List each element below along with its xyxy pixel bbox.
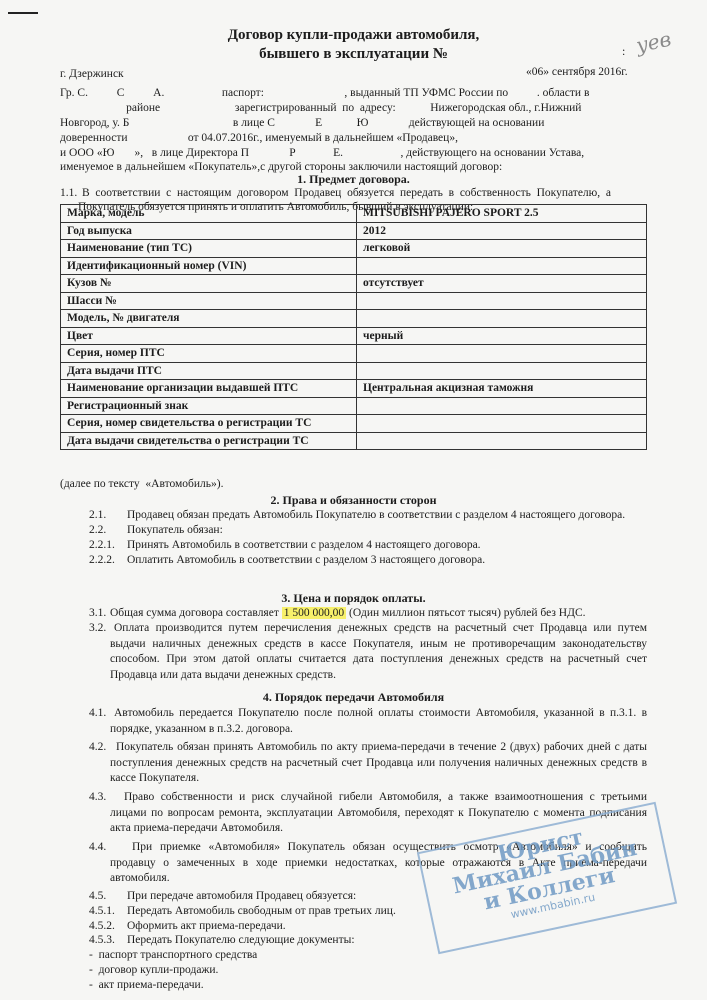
contract-date: «06» сентября 2016г.	[526, 66, 628, 78]
table-row: Дата выдачи ПТС	[61, 362, 647, 380]
table-value: 2012	[357, 222, 647, 240]
item-number: 2.2.1.	[89, 538, 115, 553]
table-key: Наименование (тип ТС)	[61, 240, 357, 258]
item-4-2-num: 4.2.	[89, 740, 106, 755]
section-4-title: 4. Порядок передачи Автомобиля	[0, 690, 707, 705]
table-row: Модель, № двигателя	[61, 310, 647, 328]
item-number: 2.2.	[89, 523, 106, 538]
table-key: Наименование организации выдавшей ПТС	[61, 380, 357, 398]
table-row: Шасси №	[61, 292, 647, 310]
item-3-2-num: 3.2.	[89, 621, 106, 636]
item-3-1-num: 3.1.	[89, 606, 106, 621]
table-row: Марка, модельMITSUBISHI PAJERO SPORT 2.5	[61, 205, 647, 223]
item-4-1-num: 4.1.	[89, 706, 106, 721]
table-value	[357, 397, 647, 415]
section-1-title: 1. Предмет договора.	[0, 172, 707, 187]
table-value	[357, 292, 647, 310]
item-3-1: Общая сумма договора составляет 1 500 00…	[110, 606, 586, 621]
table-row: Регистрационный знак	[61, 397, 647, 415]
table-row: Идентификационный номер (VIN)	[61, 257, 647, 275]
item-3-2-text: Оплата производится путем перечисления д…	[110, 621, 647, 683]
parties-line-5: и ООО «Ю », в лице Директора П Р Е. , де…	[60, 146, 584, 161]
doc-list-item: - договор купли-продажи.	[89, 963, 218, 978]
table-value: Центральная акцизная таможня	[357, 380, 647, 398]
table-key: Год выпуска	[61, 222, 357, 240]
table-row: Цветчерный	[61, 327, 647, 345]
table-value	[357, 310, 647, 328]
vehicle-details-table: Марка, модельMITSUBISHI PAJERO SPORT 2.5…	[60, 204, 647, 450]
table-row: Наименование (тип ТС)легковой	[61, 240, 647, 258]
item-text: Принять Автомобиль в соответствии с разд…	[127, 538, 481, 553]
corner-mark	[8, 12, 38, 14]
table-key: Серия, номер свидетельства о регистрации…	[61, 415, 357, 433]
table-key: Модель, № двигателя	[61, 310, 357, 328]
table-key: Кузов №	[61, 275, 357, 293]
item-4-1-text: Автомобиль передается Покупателю после п…	[110, 706, 647, 737]
table-value	[357, 362, 647, 380]
table-value: MITSUBISHI PAJERO SPORT 2.5	[357, 205, 647, 223]
item-number: 4.5.2.	[89, 919, 115, 934]
item-1-1-num: 1.1.	[60, 186, 77, 201]
parties-line-3: Новгород, у. Б в лице С Е Ю действующей …	[60, 116, 544, 131]
item-text: Продавец обязан предать Автомобиль Покуп…	[127, 508, 625, 523]
item-number: 2.1.	[89, 508, 106, 523]
table-value: отсутствует	[357, 275, 647, 293]
table-key: Регистрационный знак	[61, 397, 357, 415]
document-title: Договор купли-продажи автомобиля, бывшег…	[0, 26, 707, 64]
highlighted-amount: 1 500 000,00	[282, 607, 346, 619]
table-row: Кузов №отсутствует	[61, 275, 647, 293]
semicolon-mark: :	[622, 44, 625, 59]
table-row: Дата выдачи свидетельства о регистрации …	[61, 432, 647, 450]
document-page: Договор купли-продажи автомобиля, бывшег…	[0, 0, 707, 1000]
item-4-4-num: 4.4.	[89, 840, 106, 855]
item-text: Оформить акт приема-передачи.	[127, 919, 286, 934]
item-4-3-num: 4.3.	[89, 790, 106, 805]
table-value	[357, 432, 647, 450]
table-key: Дата выдачи свидетельства о регистрации …	[61, 432, 357, 450]
item-text: Покупатель обязан:	[127, 523, 223, 538]
table-key: Дата выдачи ПТС	[61, 362, 357, 380]
item-number: 4.5.3.	[89, 933, 115, 948]
table-value	[357, 415, 647, 433]
table-row: Год выпуска2012	[61, 222, 647, 240]
amount-prefix: Общая сумма договора составляет	[110, 607, 282, 619]
item-number: 4.5.	[89, 889, 106, 904]
table-key: Марка, модель	[61, 205, 357, 223]
parties-line-2: районе зарегистрированный по адресу: Ниж…	[60, 101, 581, 116]
section-3-title: 3. Цена и порядок оплаты.	[0, 591, 707, 606]
table-key: Серия, номер ПТС	[61, 345, 357, 363]
item-text: Оплатить Автомобиль в соответствии с раз…	[127, 553, 485, 568]
table-key: Идентификационный номер (VIN)	[61, 257, 357, 275]
section-2-title: 2. Права и обязанности сторон	[0, 493, 707, 508]
item-text: Передать Покупателю следующие документы:	[127, 933, 355, 948]
title-line-1: Договор купли-продажи автомобиля,	[0, 26, 707, 45]
item-number: 2.2.2.	[89, 553, 115, 568]
city: г. Дзержинск	[60, 68, 124, 80]
item-4-2-text: Покупатель обязан принять Автомобиль по …	[110, 740, 647, 787]
parties-line-4: доверенности от 04.07.2016г., именуемый …	[60, 131, 458, 146]
table-key: Цвет	[61, 327, 357, 345]
item-text: Передать Автомобиль свободным от прав тр…	[127, 904, 396, 919]
table-value	[357, 345, 647, 363]
item-text: При передаче автомобиля Продавец обязует…	[127, 889, 356, 904]
item-number: 4.5.1.	[89, 904, 115, 919]
table-value: легковой	[357, 240, 647, 258]
table-row: Серия, номер свидетельства о регистрации…	[61, 415, 647, 433]
item-1-1-line-1: В соответствии с настоящим договором Про…	[82, 186, 611, 201]
table-row: Наименование организации выдавшей ПТСЦен…	[61, 380, 647, 398]
amount-suffix: (Один миллион пятьсот тысяч) рублей без …	[346, 607, 585, 619]
title-line-2: бывшего в эксплуатации №	[0, 45, 707, 64]
after-table-note: (далее по тексту «Автомобиль»).	[60, 477, 223, 492]
doc-list-item: - паспорт транспортного средства	[89, 948, 257, 963]
table-key: Шасси №	[61, 292, 357, 310]
doc-list-item: - акт приема-передачи.	[89, 978, 204, 993]
table-value	[357, 257, 647, 275]
table-value: черный	[357, 327, 647, 345]
parties-line-1: Гр. С. С А. паспорт: , выданный ТП УФМС …	[60, 86, 589, 101]
table-row: Серия, номер ПТС	[61, 345, 647, 363]
